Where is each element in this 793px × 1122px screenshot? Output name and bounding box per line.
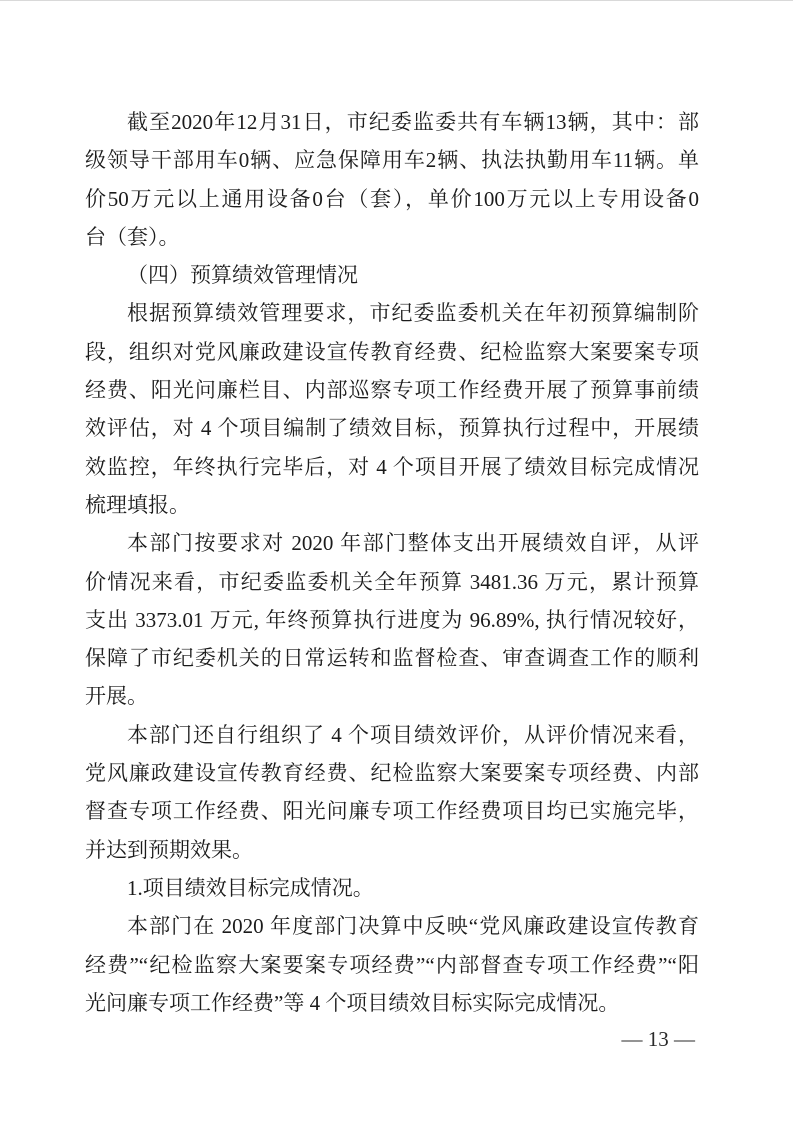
para-performance-management-process: 根据预算绩效管理要求，市纪委监委机关在年初预算编制阶段，组织对党风廉政建设宣传教… xyxy=(85,294,699,524)
text-line: 督查专项工作经费、阳光问廉专项工作经费项目均已实施完毕， xyxy=(85,792,699,830)
text-line: 经费”“纪检监察大案要案专项经费”“内部督查专项工作经费”“阳 xyxy=(85,946,699,984)
text-line: 经费、阳光问廉栏目、内部巡察专项工作经费开展了预算事前绩 xyxy=(85,371,699,409)
para-vehicles-and-equipment: 截至2020年12月31日，市纪委监委共有车辆13辆，其中：部级领导干部用车0辆… xyxy=(85,103,699,256)
text-line: 效评估，对 4 个项目编制了绩效目标，预算执行过程中，开展绩 xyxy=(85,409,699,447)
heading-line: （四）预算绩效管理情况 xyxy=(85,256,699,294)
para-project-performance-evaluations: 本部门还自行组织了 4 个项目绩效评价，从评价情况来看，党风廉政建设宣传教育经费… xyxy=(85,716,699,869)
para-final-accounts-disclosure: 本部门在 2020 年度部门决算中反映“党风廉政建设宣传教育经费”“纪检监察大案… xyxy=(85,907,699,1022)
text-line: 根据预算绩效管理要求，市纪委监委机关在年初预算编制阶 xyxy=(85,294,699,332)
subheading-line: 1.项目绩效目标完成情况。 xyxy=(85,869,699,907)
scan-edge-line xyxy=(0,0,793,1)
text-line: 党风廉政建设宣传教育经费、纪检监察大案要案专项经费、内部 xyxy=(85,754,699,792)
text-line: 本部门在 2020 年度部门决算中反映“党风廉政建设宣传教育 xyxy=(85,907,699,945)
text-line: 梳理填报。 xyxy=(85,486,699,524)
text-line: 级领导干部用车0辆、应急保障用车2辆、执法执勤用车11辆。单 xyxy=(85,141,699,179)
text-line: 本部门还自行组织了 4 个项目绩效评价，从评价情况来看， xyxy=(85,716,699,754)
text-line: 价50万元以上通用设备0台（套），单价100万元以上专用设备0 xyxy=(85,180,699,218)
text-line: 价情况来看，市纪委监委机关全年预算 3481.36 万元，累计预算 xyxy=(85,563,699,601)
document-body: 截至2020年12月31日，市纪委监委共有车辆13辆，其中：部级领导干部用车0辆… xyxy=(85,103,699,1022)
text-line: 并达到预期效果。 xyxy=(85,831,699,869)
text-line: 光问廉专项工作经费”等 4 个项目绩效目标实际完成情况。 xyxy=(85,984,699,1022)
para-overall-self-evaluation: 本部门按要求对 2020 年部门整体支出开展绩效自评，从评价情况来看，市纪委监委… xyxy=(85,524,699,715)
page-number: — 13 — xyxy=(622,1026,696,1052)
text-line: 段，组织对党风廉政建设宣传教育经费、纪检监察大案要案专项 xyxy=(85,333,699,371)
text-line: 开展。 xyxy=(85,677,699,715)
text-line: 台（套）。 xyxy=(85,218,699,256)
heading-section-four-budget-performance: （四）预算绩效管理情况 xyxy=(85,256,699,294)
item-1-project-performance-targets: 1.项目绩效目标完成情况。 xyxy=(85,869,699,907)
text-line: 支出 3373.01 万元, 年终预算执行进度为 96.89%, 执行情况较好， xyxy=(85,601,699,639)
text-line: 保障了市纪委机关的日常运转和监督检查、审查调查工作的顺利 xyxy=(85,639,699,677)
text-line: 截至2020年12月31日，市纪委监委共有车辆13辆，其中：部 xyxy=(85,103,699,141)
text-line: 效监控，年终执行完毕后，对 4 个项目开展了绩效目标完成情况 xyxy=(85,448,699,486)
text-line: 本部门按要求对 2020 年部门整体支出开展绩效自评，从评 xyxy=(85,524,699,562)
